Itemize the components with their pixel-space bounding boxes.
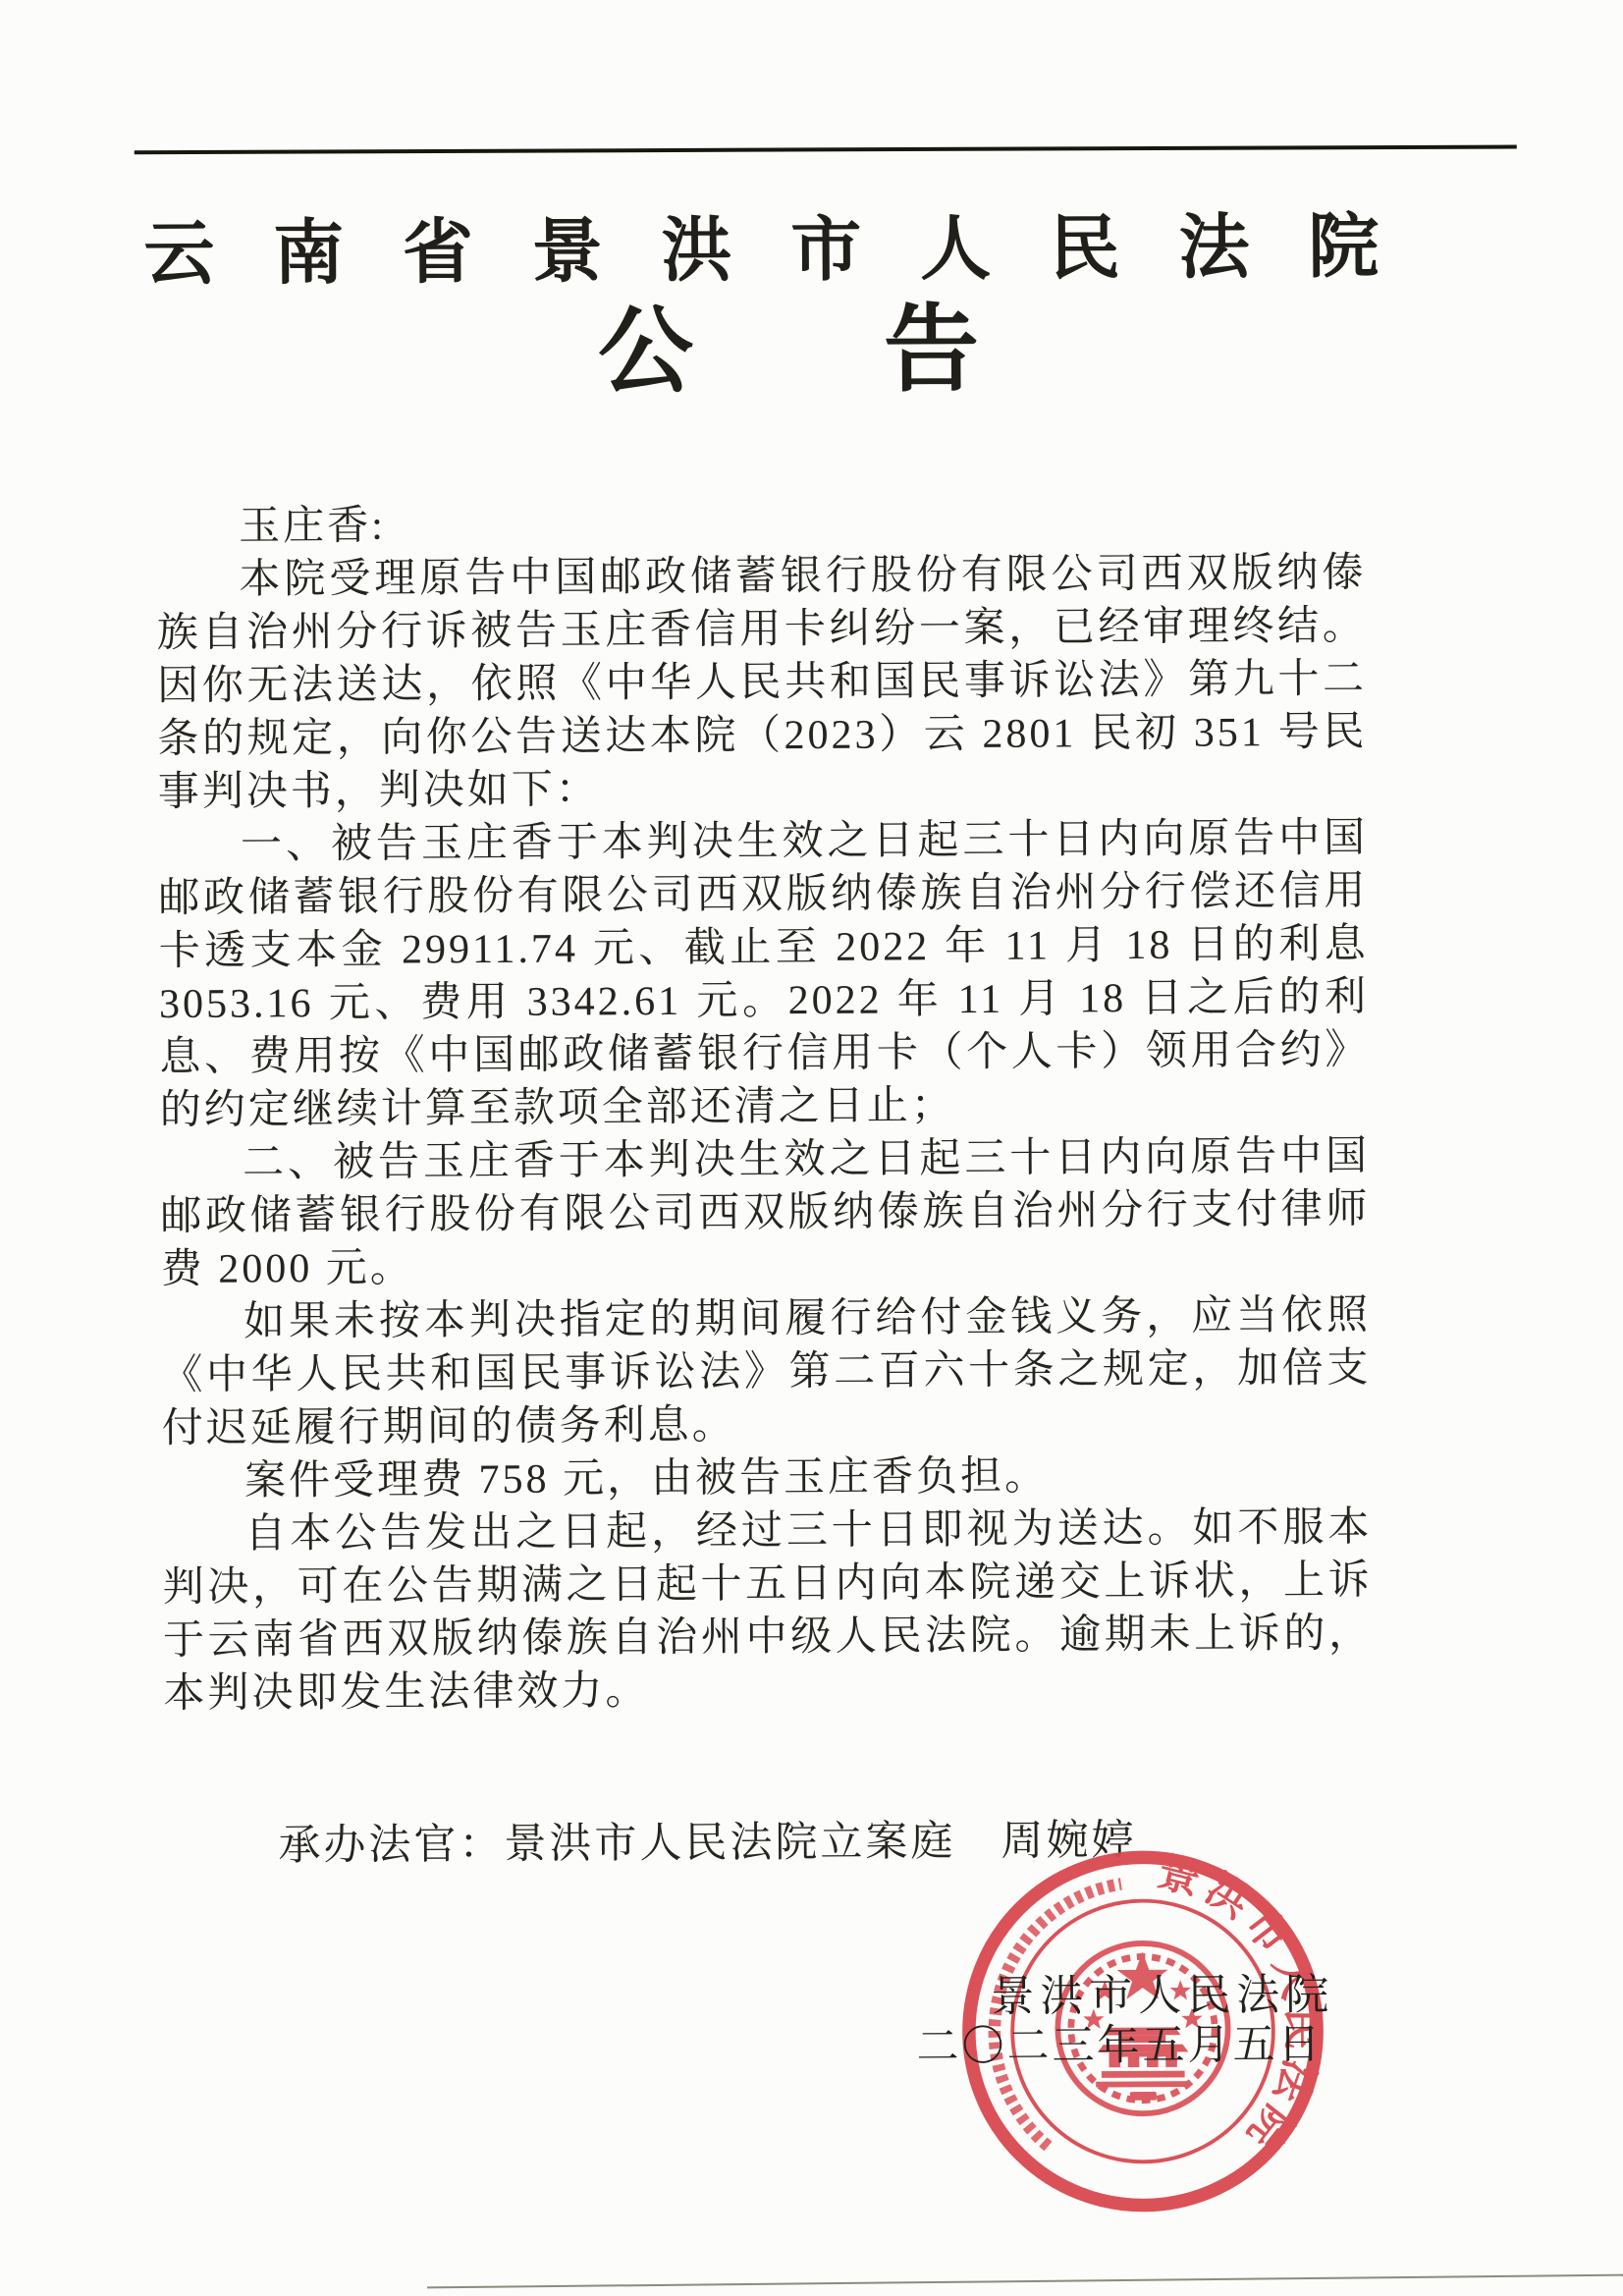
paragraph-case-fee: 案件受理费 758 元，由被告玉庄香负担。 bbox=[162, 1449, 1372, 1509]
salutation: 玉庄香: bbox=[156, 494, 1366, 555]
announcement-body: 玉庄香: 本院受理原告中国邮政储蓄银行股份有限公司西双版纳傣族自治州分行诉被告玉… bbox=[156, 494, 1374, 1722]
paragraph-judgment-item-2: 二、被告玉庄香于本判决生效之日起三十日内向原告中国邮政储蓄银行股份有限公司西双版… bbox=[160, 1130, 1371, 1297]
paragraph-judgment-item-1: 一、被告玉庄香于本判决生效之日起三十日内向原告中国邮政储蓄银行股份有限公司西双版… bbox=[158, 812, 1370, 1138]
seal-overlay-date-line: 二〇二三年五月五日 bbox=[916, 2011, 1323, 2074]
announcement-page: 云南省景洪市人民法院 公 告 玉庄香: 本院受理原告中国邮政储蓄银行股份有限公司… bbox=[0, 0, 1623, 2296]
court-name-heading: 云南省景洪市人民法院 bbox=[143, 208, 1379, 294]
doc-title: 公 告 bbox=[155, 291, 1423, 412]
paragraph-late-interest: 如果未按本判决指定的期间履行给付金钱义务，应当依照《中华人民共和国民事诉讼法》第… bbox=[161, 1289, 1372, 1456]
paragraph-case-intro: 本院受理原告中国邮政储蓄银行股份有限公司西双版纳傣族自治州分行诉被告玉庄香信用卡… bbox=[156, 547, 1368, 820]
scanned-content: 云南省景洪市人民法院 公 告 玉庄香: 本院受理原告中国邮政储蓄银行股份有限公司… bbox=[0, 0, 1623, 2296]
paragraph-appeal-notice: 自本公告发出之日起，经过三十日即视为送达。如不服本判决，可在公告期满之日起十五日… bbox=[162, 1502, 1373, 1722]
footer-rule bbox=[427, 2274, 1623, 2289]
header-rule bbox=[135, 145, 1517, 155]
